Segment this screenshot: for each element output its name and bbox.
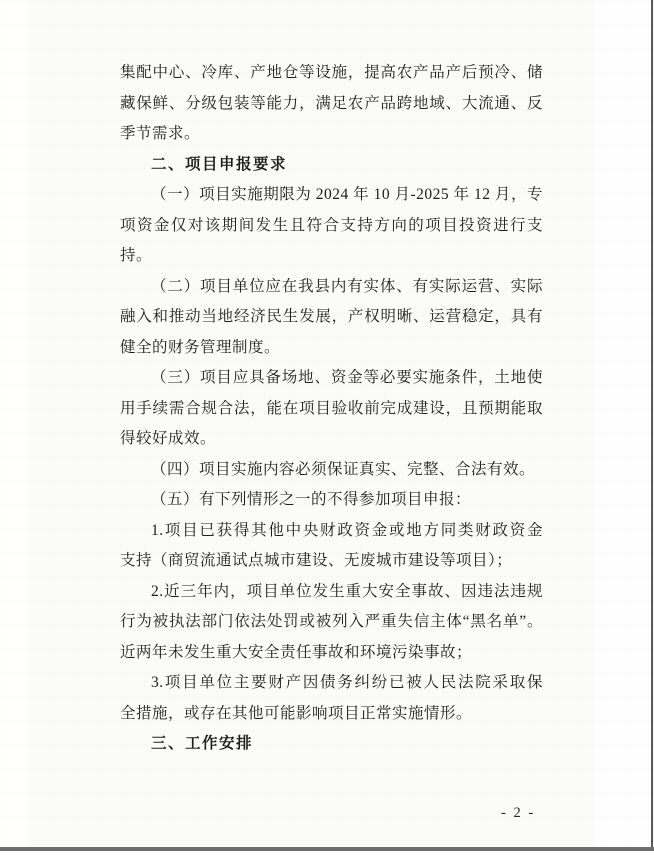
text-line: （三）项目应具备场地、资金等必要实施条件，土地使 <box>120 363 543 394</box>
document-text-block: 集配中心、冷库、产地仓等设施，提高农产品产后预冷、储藏保鲜、分级包装等能力，满足… <box>120 58 543 760</box>
text-line: 持。 <box>120 241 543 272</box>
text-line: 融入和推动当地经济民生发展，产权明晰、运营稳定，具有 <box>120 302 543 333</box>
text-line: 得较好成效。 <box>120 424 543 455</box>
text-line: 2.近三年内，项目单位发生重大安全事故、因违法违规 <box>120 577 543 608</box>
scan-bottom-white-strip <box>0 851 654 855</box>
text-line: 项资金仅对该期间发生且符合支持方向的项目投资进行支 <box>120 211 543 242</box>
scan-right-margin <box>594 0 652 855</box>
text-line: 3.项目单位主要财产因债务纠纷已被人民法院采取保 <box>120 668 543 699</box>
text-line: 1.项目已获得其他中央财政资金或地方同类财政资金 <box>120 516 543 547</box>
text-line: 全措施，或存在其他可能影响项目正常实施情形。 <box>120 699 543 730</box>
text-line: （五）有下列情形之一的不得参加项目申报： <box>120 485 543 516</box>
heading-line: 三、工作安排 <box>120 729 543 760</box>
text-line: 用手续需合规合法，能在项目验收前完成建设，且预期能取 <box>120 394 543 425</box>
text-line: （一）项目实施期限为 2024 年 10 月-2025 年 12 月，专 <box>120 180 543 211</box>
heading-line: 二、项目申报要求 <box>120 150 543 181</box>
text-line: 行为被执法部门依法处罚或被列入严重失信主体“黑名单”。 <box>120 607 543 638</box>
text-line: （二）项目单位应在我县内有实体、有实际运营、实际 <box>120 272 543 303</box>
text-line: 季节需求。 <box>120 119 543 150</box>
text-line: （四）项目实施内容必须保证真实、完整、合法有效。 <box>120 455 543 486</box>
scanned-document-page: 集配中心、冷库、产地仓等设施，提高农产品产后预冷、储藏保鲜、分级包装等能力，满足… <box>0 0 654 855</box>
scan-right-edge-line <box>651 0 653 855</box>
text-line: 集配中心、冷库、产地仓等设施，提高农产品产后预冷、储 <box>120 58 543 89</box>
page-number: - 2 - <box>501 805 535 822</box>
text-line: 藏保鲜、分级包装等能力，满足农产品跨地域、大流通、反 <box>120 89 543 120</box>
text-line: 健全的财务管理制度。 <box>120 333 543 364</box>
scan-left-margin <box>0 0 28 855</box>
text-line: 支持（商贸流通试点城市建设、无废城市建设等项目）； <box>120 546 543 577</box>
text-line: 近两年未发生重大安全责任事故和环境污染事故； <box>120 638 543 669</box>
